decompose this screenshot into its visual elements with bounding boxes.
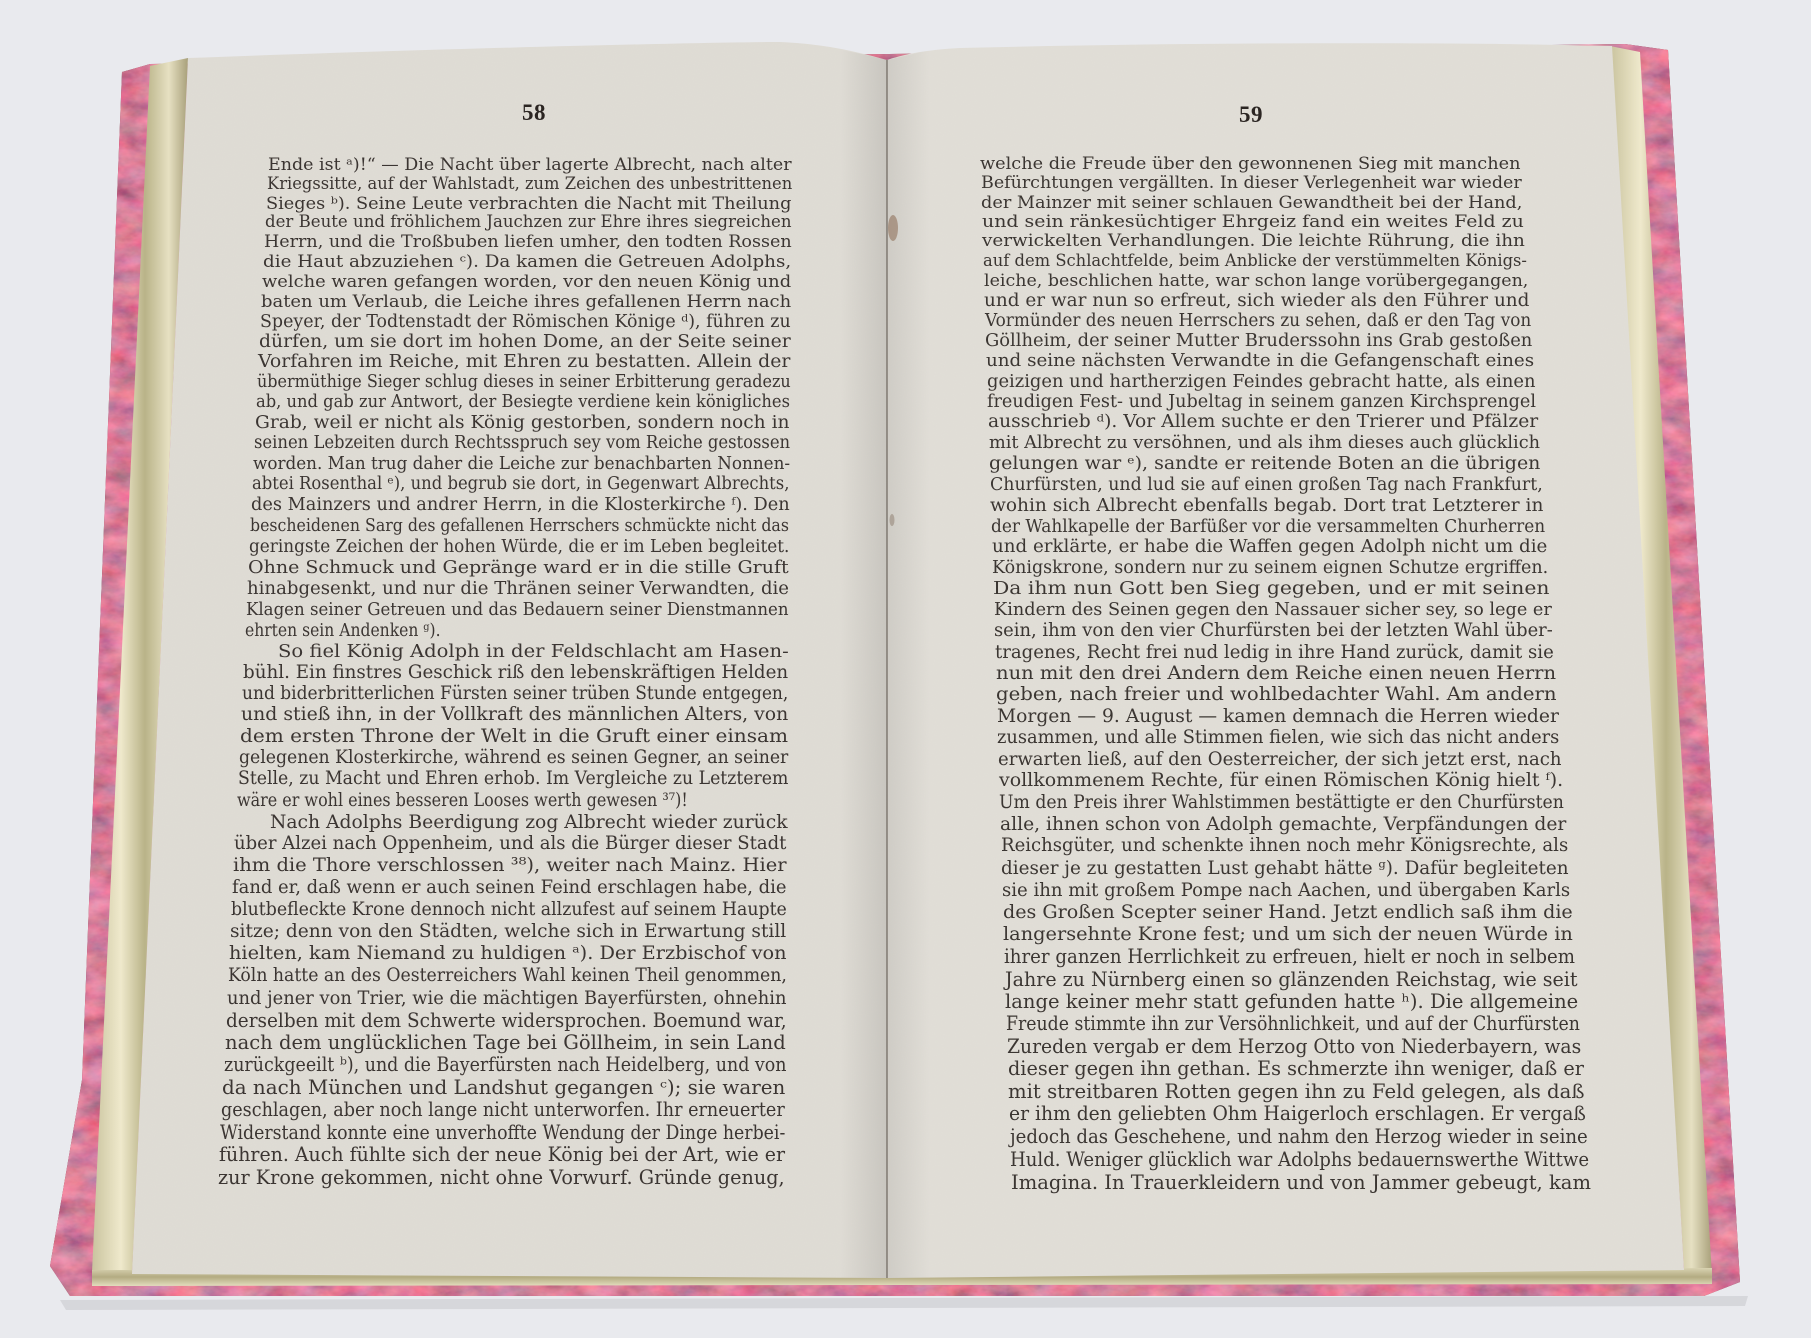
text-line: mit streitbaren Rotten gegen ihn zu Feld… bbox=[1008, 1082, 1584, 1101]
text-line: des Großen Scepter seiner Hand. Jetzt en… bbox=[1003, 903, 1573, 922]
text-line: Um den Preis ihrer Wahlstimmen bestättig… bbox=[999, 794, 1564, 813]
text-line: Kindern des Seinen gegen den Nassauer si… bbox=[994, 601, 1552, 619]
text-line: erwarten ließ, auf den Oesterreicher, de… bbox=[998, 751, 1562, 770]
text-line: tragenes, Recht frei nud ledig in ihre H… bbox=[995, 644, 1554, 662]
text-line: Freude stimmte ihn zur Versöhnlichkeit, … bbox=[1006, 1014, 1580, 1033]
text-line: sein, ihm von den vier Churfürsten bei d… bbox=[994, 622, 1553, 640]
text-line: Huld. Weniger glücklich war Adolphs beda… bbox=[1010, 1150, 1589, 1170]
text-line: zusammen, und alle Stimmen fielen, wie s… bbox=[997, 729, 1559, 748]
text-line: sie ihn mit großem Pompe nach Aachen, un… bbox=[1002, 881, 1570, 900]
text-line: jedoch das Geschehene, und nahm den Herz… bbox=[1010, 1127, 1588, 1147]
text-line: Königskrone, sondern nur zu seinem eigne… bbox=[992, 559, 1548, 577]
text-line: nun mit den drei Andern dem Reiche einen… bbox=[996, 665, 1556, 683]
right-page-text: welche die Freude über den gewonnenen Si… bbox=[0, 0, 1811, 1338]
text-line: Da ihm nun Gott ben Sieg gegeben, und er… bbox=[993, 580, 1549, 598]
text-line: lange keiner mehr statt gefunden hatte ʰ… bbox=[1005, 992, 1578, 1011]
text-line: dieser je zu gestatten Lust gehabt hätte… bbox=[1001, 859, 1569, 878]
text-line: leiche, beschlichen hatte, war schon lan… bbox=[984, 273, 1528, 290]
text-line: auf dem Schlachtfelde, beim Anblicke der… bbox=[983, 253, 1527, 270]
text-line: und sein ränkesüchtiger Ehrgeiz fand ein… bbox=[982, 214, 1524, 231]
text-line: ihrer ganzen Herrlichkeit zu erfreuen, h… bbox=[1004, 947, 1575, 966]
text-line: geben, nach freier und wohlbedachter Wah… bbox=[996, 686, 1557, 704]
text-line: Jahre zu Nürnberg einen so glänzenden Re… bbox=[1005, 970, 1578, 989]
text-line: Befürchtungen vergällten. In dieser Verl… bbox=[981, 174, 1522, 191]
text-line: der Wahlkapelle der Barfüßer vor die ver… bbox=[991, 518, 1545, 536]
text-line: Imagina. In Trauerkleidern und von Jamme… bbox=[1011, 1173, 1591, 1193]
text-line: ausschrieb ᵈ). Vor Allem suchte er den T… bbox=[988, 414, 1538, 432]
text-line: gelungen war ᵉ), sandte er reitende Bote… bbox=[989, 456, 1540, 474]
text-line: Reichsgüter, und schenkte ihnen noch meh… bbox=[1001, 837, 1568, 856]
text-line: dieser gegen ihn gethan. Es schmerzte ih… bbox=[1008, 1059, 1584, 1078]
text-line: und er war nun so erfreut, sich wieder a… bbox=[984, 293, 1529, 310]
text-line: Morgen — 9. August — kamen demnach die H… bbox=[997, 708, 1559, 726]
text-line: mit Albrecht zu versöhnen, und als ihm d… bbox=[989, 435, 1540, 453]
text-line: langersehnte Krone fest; und um sich der… bbox=[1003, 925, 1573, 944]
text-line: geizigen und hartherzigen Feindes gebrac… bbox=[987, 374, 1536, 392]
text-line: und seine nächsten Verwandte in die Gefa… bbox=[986, 353, 1534, 370]
text-line: er ihm den geliebten Ohm Haigerloch ersc… bbox=[1009, 1104, 1586, 1124]
text-line: und erklärte, er habe die Waffen gegen A… bbox=[992, 538, 1547, 556]
text-line: verwickelten Verhandlungen. Die leichte … bbox=[982, 233, 1525, 250]
text-line: freudigen Fest- und Jubeltag in seinem g… bbox=[987, 394, 1536, 412]
open-book-photo: 58 59 Ende ist ᵃ)!“ — Die Nacht über lag… bbox=[0, 0, 1811, 1338]
text-line: Vormünder des neuen Herrschers zu sehen,… bbox=[985, 313, 1531, 330]
text-line: vollkommenem Rechte, für einen Römischen… bbox=[999, 772, 1563, 791]
text-line: alle, ihnen schon von Adolph gemachte, V… bbox=[1000, 816, 1566, 835]
text-line: wohin sich Albrecht ebenfalls begab. Dor… bbox=[990, 497, 1543, 515]
text-line: der Mainzer mit seiner schlauen Gewandth… bbox=[981, 194, 1522, 211]
text-line: welche die Freude über den gewonnenen Si… bbox=[980, 155, 1521, 172]
text-line: Zureden vergab er dem Herzog Otto von Ni… bbox=[1007, 1037, 1581, 1056]
text-line: Göllheim, der seiner Mutter Bruderssohn … bbox=[985, 333, 1532, 350]
text-line: Churfürsten, und lud sie auf einen große… bbox=[990, 476, 1543, 494]
